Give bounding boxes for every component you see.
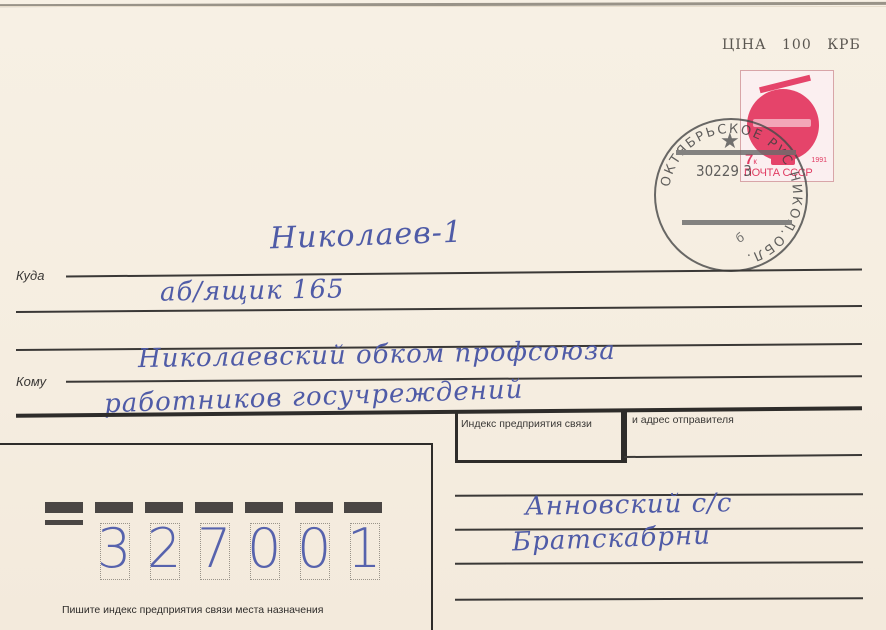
code-marker-bar-low <box>45 520 83 525</box>
envelope: ЦІНА 100 КРБ 7к 1991 ПОЧТА СССР ОКТЯБРЬС… <box>0 0 886 630</box>
postal-digit: 1 <box>347 518 381 580</box>
handwritten-pobox: аб/ящик 165 <box>160 274 345 307</box>
sender-box-divider <box>621 412 624 460</box>
postal-code-frame-right <box>431 443 433 630</box>
postal-digit: 0 <box>247 518 281 580</box>
postal-code-frame <box>0 443 432 445</box>
handwritten-city: Николаев-1 <box>269 215 463 257</box>
postmark-date: 30229 3 <box>696 162 752 180</box>
code-marker-bar <box>344 502 382 513</box>
code-marker-bar <box>45 502 83 513</box>
sender-line-0 <box>624 454 862 458</box>
postmark-bar <box>682 220 792 225</box>
sender-index-label: Индекс предприятия связи <box>461 418 592 430</box>
postal-digit: 7 <box>197 518 231 580</box>
sender-line-4 <box>455 597 863 600</box>
price-word: ЦІНА <box>722 37 767 53</box>
sender-line-3 <box>455 561 863 564</box>
handwritten-sender-2: Братскабрни <box>512 521 712 558</box>
code-marker-bar <box>295 502 333 513</box>
sender-address-label: и адрес отправителя <box>632 414 734 426</box>
code-marker-bar <box>145 502 183 513</box>
postal-digit: 3 <box>97 518 131 580</box>
stamp-year: 1991 <box>811 157 827 164</box>
price-label: ЦІНА 100 КРБ <box>722 37 871 53</box>
handwritten-sender-1: Анновский с/с <box>525 488 733 522</box>
fold-line <box>0 6 886 7</box>
whom-label: Кому <box>16 374 46 389</box>
code-marker-bar <box>95 502 133 513</box>
where-line-1 <box>66 269 862 278</box>
postal-digit: 0 <box>297 518 331 580</box>
where-label: Куда <box>16 268 44 283</box>
code-marker-bar <box>195 502 233 513</box>
postmark-bar <box>676 150 796 155</box>
handwritten-recipient-1: Николаевский обком профсоюза <box>138 336 616 374</box>
where-line-2 <box>16 305 862 313</box>
postal-digit: 2 <box>147 518 181 580</box>
price-currency: КРБ <box>827 37 861 53</box>
code-marker-bar <box>245 502 283 513</box>
postal-code-caption: Пишите индекс предприятия связи места на… <box>62 604 323 616</box>
postmark-cancellation: ОКТЯБРЬСКОЕ РУС НИКОЛ.ОБЛ. ★ 30229 3 б <box>654 118 808 272</box>
price-amount: 100 <box>782 37 812 53</box>
